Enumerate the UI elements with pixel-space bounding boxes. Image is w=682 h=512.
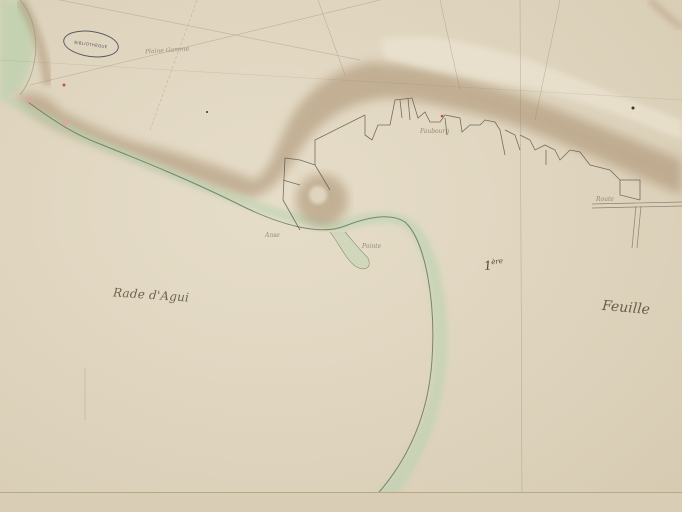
sheet-number-suffix: ère xyxy=(491,257,503,266)
map-sheet: BIBLIOTHÈQUE Rade d'Agui Feuille 1ère Pl… xyxy=(0,0,682,512)
map-drawing xyxy=(0,0,682,512)
minor-label-suburb: Faubourg xyxy=(420,128,449,135)
sheet-number: 1ère xyxy=(483,257,504,273)
stamp-text: BIBLIOTHÈQUE xyxy=(74,39,108,49)
ink-blot xyxy=(206,111,208,113)
minor-label-point: Pointe xyxy=(362,243,381,250)
hill-summit xyxy=(309,186,327,204)
minor-label-road: Route xyxy=(596,196,614,203)
ink-blot xyxy=(632,107,635,110)
peninsula-point xyxy=(330,232,369,269)
sea-coast-wash xyxy=(0,92,448,500)
minor-label-cove: Anse xyxy=(265,232,280,239)
roads xyxy=(592,202,682,248)
paper-bottom-edge xyxy=(0,492,682,512)
